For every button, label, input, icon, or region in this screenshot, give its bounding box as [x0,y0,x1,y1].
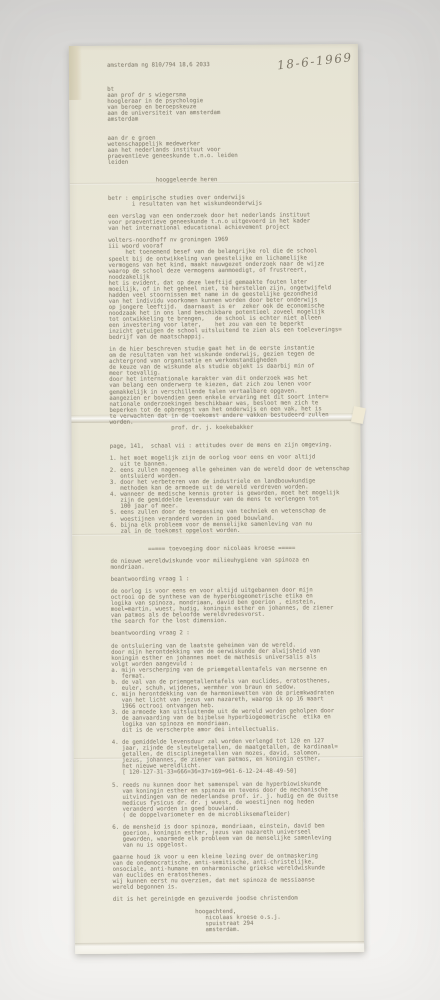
letter-block-signature: hoogachtend, nicolaas kroese o.s.j. spui… [113,908,362,934]
letter-line: amsterdam. [113,926,362,934]
letter-block-answer-6: 6. de mensheid is door spinoza, mondriaa… [112,823,361,849]
letter-line: [ 120-127-31-33=666=36=37=169=961-6-12-2… [112,768,361,776]
letter-line: i resultaten van het wiskundeonderwijs [108,200,357,208]
letter-block-subject: betr : empirische studies over onderwijs… [108,194,357,208]
photo-background: amsterdam ng 810/794 18,6 2033btaan prof… [0,0,440,1000]
letter-block-salutation: hooggeleerde heren [108,176,357,184]
letter-block-answer-1-heading: beantwoording vraag 1 : [111,575,360,583]
letter-block-foreword: wolters-noordhoff nv groningen 1969iii w… [108,236,358,341]
letter-line: bedrijf van de maatschappij. [109,333,358,341]
letter-line: amsterdam [107,115,356,123]
letter-block-scale-heading: page, 141, schaal vii : attitudes over d… [110,442,359,450]
letter-block-attitudes-list: 1. het moet mogelijk zijn de oorlog voor… [110,454,360,534]
letter-paper: amsterdam ng 810/794 18,6 2033btaan prof… [69,44,364,954]
letter-line: van het international educational achiev… [108,224,357,232]
letter-block-closing-line: dit is het gereinigde en gezuiverde jood… [113,895,362,903]
letter-block-answer-2: de ontsluiering van de laatste geheimen … [111,642,361,734]
letter-block-recipient-wiegersma: btaan prof dr s wiegersmahoogleraar in d… [107,85,356,123]
letter-line: beantwoording vraag 2 : [111,629,360,637]
letter-line: dit is de verscherpte amor dei intellect… [112,726,361,734]
letter-line: prof. dr. j. koekebakker [109,424,358,432]
letter-line: ===== toevoeging door nicolaas kroese ==… [110,545,359,553]
letter-line: wereld begonnen is. [113,883,362,891]
letter-line: van nu is opgelost. [112,841,361,849]
letter-line: page, 141, schaal vii : attitudes over d… [110,442,359,450]
letter-line: dit is het gereinigde en gezuiverde jood… [113,895,362,903]
letter-line: ( de doppelvariometer en de microbliksem… [112,811,361,819]
letter-text: amsterdam ng 810/794 18,6 2033btaan prof… [107,61,362,954]
letter-block-answer-5: 5. reeds nu kunnen door het samenspel va… [112,781,361,819]
letter-block-answer-2-heading: beantwoording vraag 2 : [111,629,360,637]
letter-block-addition-title: de nieuwe wereldwiskunde voor milieuhygi… [110,557,359,571]
letter-block-report-reference: een verslag van een onderzoek door het n… [108,212,357,232]
letter-line: zal in de toekomst opgelost worden. [110,527,359,535]
letter-block-study-description: in de hier beschreven studie gaat het in… [109,345,359,431]
letter-line: beantwoording vraag 1 : [111,575,360,583]
letter-block-answer-4: 4. de gemiddelde levensduur zal worden v… [112,738,361,776]
letter-block-addition-heading: ===== toevoeging door nicolaas kroese ==… [110,545,359,553]
paper-fold-edge [69,46,82,100]
letter-line: the search for the lost dimension. [111,617,360,625]
letter-block-lecture-offer: gaarne houd ik voor u een kleine lezing … [112,853,361,891]
letter-block-answer-1: de oorlog is voor eens en voor altijd ui… [111,587,360,625]
letter-line: hooggeleerde heren [108,176,357,184]
letter-block-recipient-groen: aan dr e groenwetenschappelijk medewerke… [107,134,356,166]
